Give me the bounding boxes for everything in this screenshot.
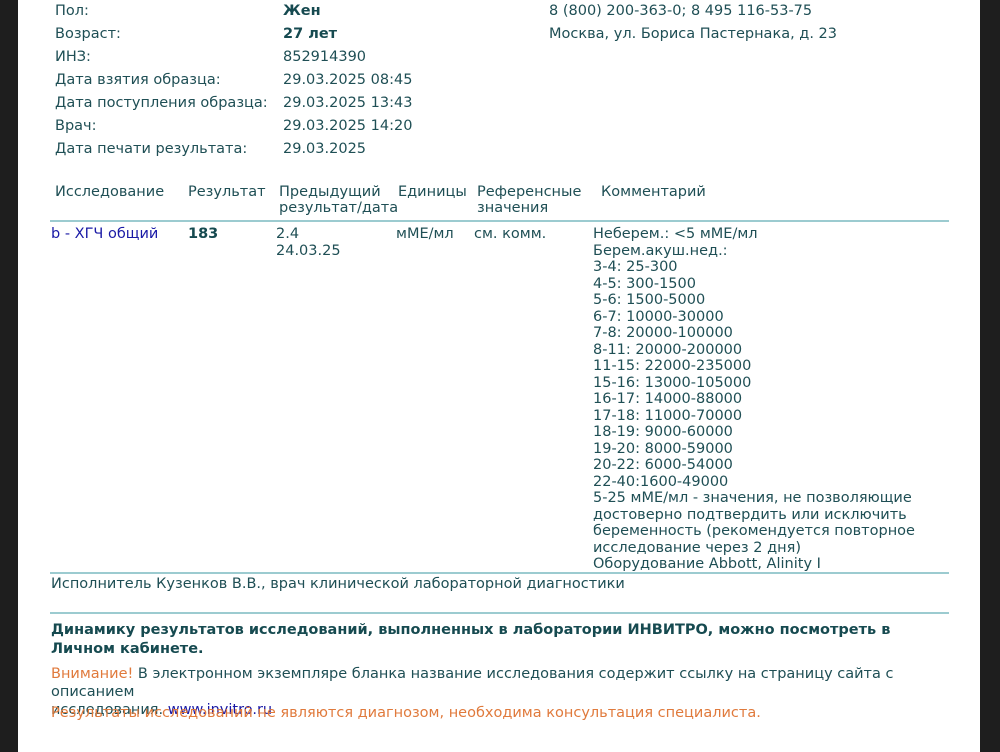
age-label: Возраст: [55, 26, 121, 43]
attention-text: В электронном экземпляре бланка название… [51, 666, 893, 700]
lab-phones: 8 (800) 200-363-0; 8 495 116-53-75 [549, 3, 812, 20]
doctor-value: 29.03.2025 14:20 [283, 118, 412, 135]
row-divider [50, 572, 949, 574]
header-previous-line1: Предыдущий [279, 184, 398, 200]
doctor-label: Врач: [55, 118, 97, 135]
lab-address: Москва, ул. Бориса Пастернака, д. 23 [549, 26, 837, 43]
comment-line: 6-7: 10000-30000 [593, 309, 915, 326]
sex-value: Жен [283, 3, 321, 20]
header-reference-line1: Референсные [477, 184, 581, 200]
previous-date: 24.03.25 [276, 243, 341, 260]
comment-line: 15-16: 13000-105000 [593, 375, 915, 392]
comment-line: 7-8: 20000-100000 [593, 325, 915, 342]
header-previous-line2: результат/дата [279, 200, 398, 216]
comment-line: 4-5: 300-1500 [593, 276, 915, 293]
comment-line: Берем.акуш.нед.: [593, 243, 915, 260]
dynamics-notice: Динамику результатов исследований, выпол… [51, 621, 931, 659]
section-divider [50, 612, 949, 614]
sample-taken-label: Дата взятия образца: [55, 72, 221, 89]
comment-line: беременность (рекомендуется повторное [593, 523, 915, 540]
units: мМЕ/мл [396, 226, 454, 243]
comment-line: 3-4: 25-300 [593, 259, 915, 276]
comment-line: достоверно подтвердить или исключить [593, 507, 915, 524]
comment-line: 18-19: 9000-60000 [593, 424, 915, 441]
comment-line: 11-15: 22000-235000 [593, 358, 915, 375]
print-date-label: Дата печати результата: [55, 141, 247, 158]
header-result: Результат [188, 184, 266, 200]
disclaimer: Результаты исследований не являются диаг… [51, 704, 761, 722]
comment: Неберем.: <5 мМЕ/млБерем.акуш.нед.:3-4: … [593, 226, 915, 573]
sample-taken-value: 29.03.2025 08:45 [283, 72, 412, 89]
comment-line: 5-6: 1500-5000 [593, 292, 915, 309]
header-comment: Комментарий [601, 184, 706, 200]
sample-received-label: Дата поступления образца: [55, 95, 268, 112]
sample-received-value: 29.03.2025 13:43 [283, 95, 412, 112]
comment-line: Оборудование Abbott, Alinity I [593, 556, 915, 573]
header-units: Единицы [398, 184, 467, 200]
header-previous: Предыдущий результат/дата [279, 184, 398, 216]
comment-line: 22-40:1600-49000 [593, 474, 915, 491]
lab-result-document: Пол: Жен Возраст: 27 лет ИНЗ: 852914390 … [18, 0, 980, 752]
inz-value: 852914390 [283, 49, 366, 66]
header-test: Исследование [55, 184, 164, 200]
previous-value: 2.4 [276, 226, 299, 243]
comment-line: 5-25 мМЕ/мл - значения, не позволяющие [593, 490, 915, 507]
comment-line: Неберем.: <5 мМЕ/мл [593, 226, 915, 243]
age-value: 27 лет [283, 26, 337, 43]
performer: Исполнитель Кузенков В.В., врач клиничес… [51, 576, 625, 593]
reference: см. комм. [474, 226, 546, 243]
header-reference: Референсные значения [477, 184, 581, 216]
comment-line: исследование через 2 дня) [593, 540, 915, 557]
header-divider [50, 220, 949, 222]
comment-line: 8-11: 20000-200000 [593, 342, 915, 359]
test-result: 183 [188, 226, 218, 243]
comment-line: 16-17: 14000-88000 [593, 391, 915, 408]
comment-line: 20-22: 6000-54000 [593, 457, 915, 474]
comment-line: 17-18: 11000-70000 [593, 408, 915, 425]
header-reference-line2: значения [477, 200, 581, 216]
print-date-value: 29.03.2025 [283, 141, 366, 158]
inz-label: ИНЗ: [55, 49, 91, 66]
test-name-link[interactable]: b - ХГЧ общий [51, 226, 158, 243]
comment-line: 19-20: 8000-59000 [593, 441, 915, 458]
sex-label: Пол: [55, 3, 89, 20]
attention-label: Внимание! [51, 666, 133, 682]
